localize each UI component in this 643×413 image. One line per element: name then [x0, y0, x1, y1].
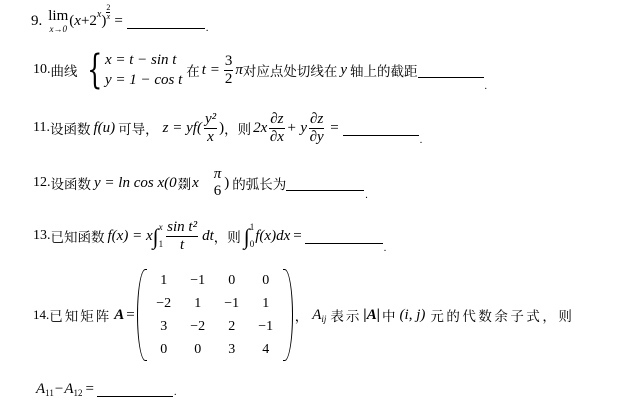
answer-blank[interactable]	[286, 176, 364, 191]
problem-number: 14.	[33, 307, 49, 323]
fraction: y² x	[204, 112, 217, 145]
matrix-row: −2 1 −1 1	[147, 292, 283, 315]
problem-12: 12. 设函数 y = ln cos x(0 剟 x π 6 ) 的弧长为 .	[33, 163, 368, 203]
problem-14-answer: A 11 − A 12 = .	[36, 378, 176, 400]
partial-derivative-x: ∂z ∂x	[269, 112, 284, 145]
problem-number: 13.	[33, 228, 51, 244]
problem-14: 14. 已知矩阵 A = 1 −1 0 0 −2 1 −1 1 3 −2 2 −…	[33, 268, 574, 362]
fraction: π 6	[213, 167, 223, 199]
problem-13: 13. 已知函数 f(x) = x ∫ x 1 sin t² t dt ，则 ∫…	[33, 216, 386, 256]
integral-icon: ∫	[244, 226, 250, 248]
problem-number: 10.	[33, 62, 51, 78]
problem-number: 11.	[33, 120, 50, 136]
matrix-table: 1 −1 0 0 −2 1 −1 1 3 −2 2 −1 0 0 3 4	[147, 269, 283, 361]
partial-derivative-y: ∂z ∂y	[309, 112, 324, 145]
problem-10: 10. 曲线 { x = t − sin t y = 1 − cos t 在 t…	[33, 46, 487, 94]
parametric-system: x = t − sin t y = 1 − cos t	[105, 50, 182, 91]
left-paren-icon	[137, 269, 147, 361]
answer-blank[interactable]	[305, 229, 383, 244]
matrix-row: 0 0 3 4	[147, 338, 283, 361]
brace-icon: {	[87, 50, 102, 90]
integral-limits: x 1	[159, 223, 164, 249]
matrix-row: 3 −2 2 −1	[147, 315, 283, 338]
problem-9: 9. lim x→0 ( x +2 x ) 2 x = .	[31, 6, 208, 36]
limit-operator: lim x→0	[48, 9, 68, 34]
problem-number: 9.	[31, 13, 42, 30]
problem-11: 11. 设函数 f(u) 可导， z = yf( y² x ) ，则 2x ∂z…	[33, 108, 422, 148]
answer-blank[interactable]	[418, 63, 484, 78]
fraction: 3 2	[224, 54, 234, 87]
matrix-A: 1 −1 0 0 −2 1 −1 1 3 −2 2 −1 0 0 3 4	[137, 269, 293, 361]
integral-limits: 1 0	[250, 223, 255, 249]
exponent: 2 x	[106, 4, 110, 21]
answer-blank[interactable]	[127, 14, 205, 29]
answer-blank[interactable]	[343, 121, 419, 136]
matrix-row: 1 −1 0 0	[147, 269, 283, 292]
integral-icon: ∫	[153, 226, 159, 248]
answer-blank[interactable]	[97, 382, 173, 397]
fraction: sin t² t	[166, 220, 198, 253]
right-paren-icon	[283, 269, 293, 361]
problem-number: 12.	[33, 175, 51, 191]
